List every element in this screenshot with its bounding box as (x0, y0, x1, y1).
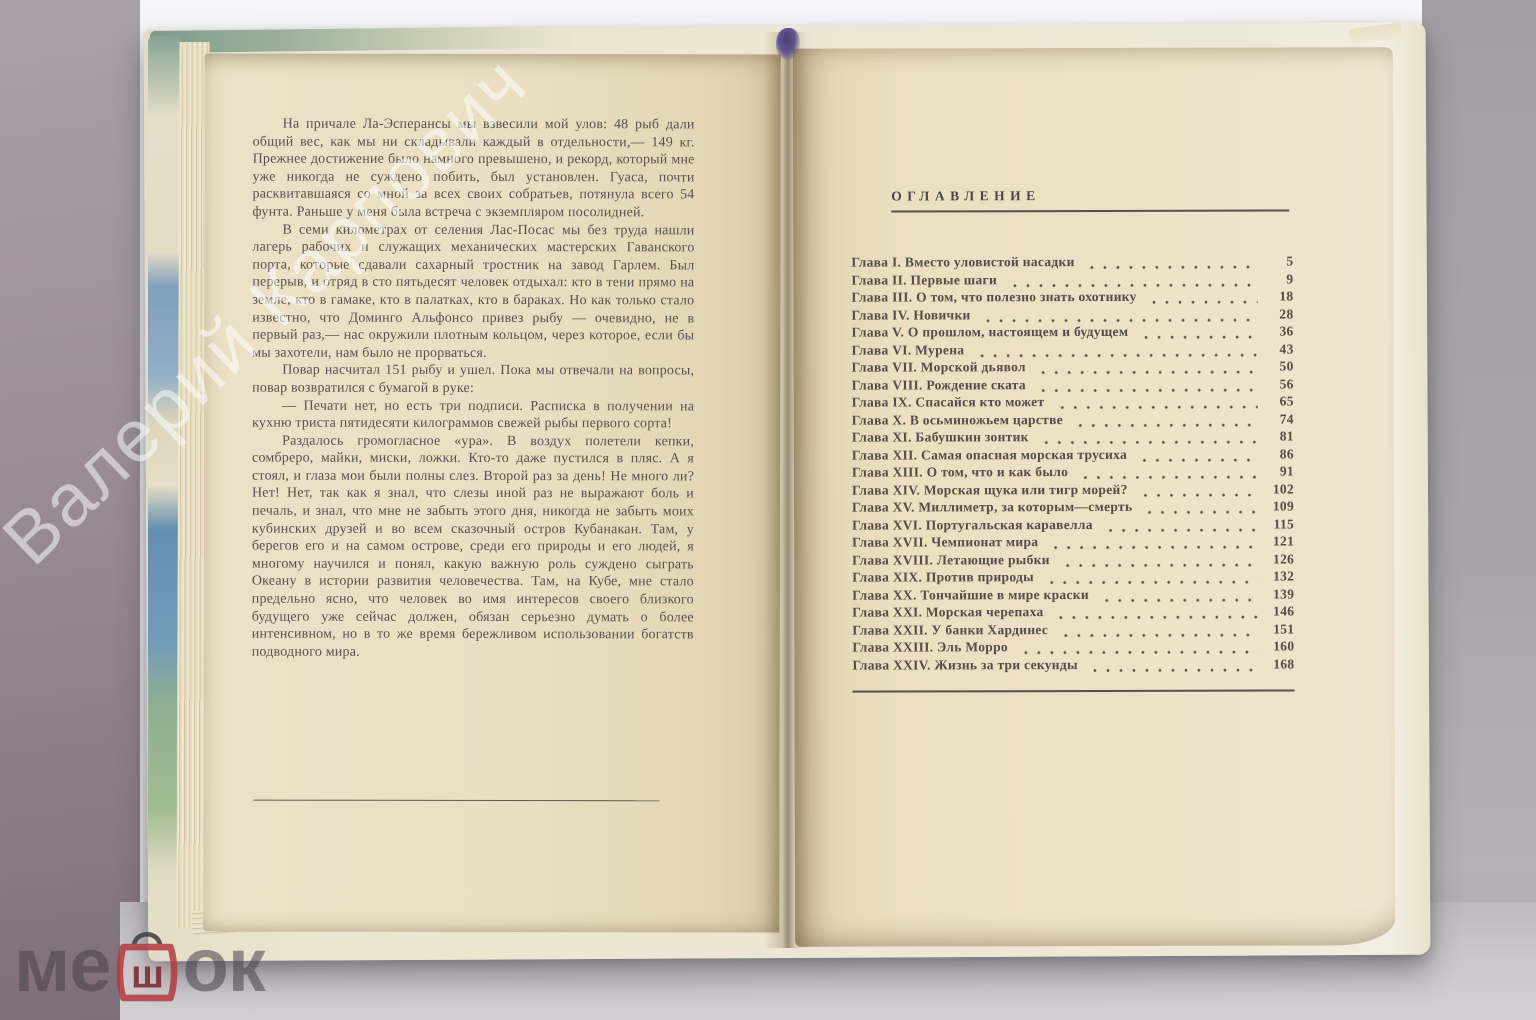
toc-entry-page: 65 (1262, 393, 1294, 409)
toc-entry-label: Глава XXII. У банки Хардинес (852, 622, 1048, 639)
toc-entry-page: 151 (1262, 621, 1294, 637)
dot-leader (1038, 429, 1258, 447)
toc-entry-label: Глава VIII. Рождение ската (852, 377, 1026, 393)
toc-entry: Глава XI. Бабушкин зонтик 81 (852, 428, 1294, 447)
toc-entry: Глава XV. Миллиметр, за которым—смерть 1… (852, 498, 1294, 517)
toc-entry-label: Глава X. В осьминожьем царстве (852, 412, 1063, 429)
background-left-panel (0, 0, 140, 1020)
footnote-divider (253, 800, 659, 802)
toc-entry-label: Глава XXIII. Эль Морро (852, 639, 1008, 655)
toc-title: ОГЛАВЛЕНИЕ (891, 188, 1040, 204)
toc-entry-page: 139 (1262, 586, 1294, 602)
toc-entry-page: 115 (1262, 516, 1294, 532)
toc-entry-page: 18 (1261, 288, 1293, 304)
dot-leader (1136, 446, 1258, 464)
dot-leader (1141, 499, 1258, 517)
dot-leader (1035, 376, 1258, 394)
toc-entry-page: 5 (1261, 253, 1293, 269)
left-page-text: На причале Ла-Эсперансы мы взвесили мой … (252, 116, 695, 662)
page-gutter-shadow (764, 32, 810, 948)
table-of-contents: ОГЛАВЛЕНИЕ Глава I. Вместо уловистой нас… (851, 47, 1295, 946)
toc-title-rule (891, 209, 1289, 212)
toc-entry-label: Глава III. О том, что полезно знать охот… (851, 289, 1136, 306)
toc-entry-page: 109 (1262, 498, 1294, 514)
toc-entry-label: Глава II. Первые шаги (851, 272, 997, 288)
toc-entry-label: Глава XX. Тончайшие в мире краски (852, 587, 1089, 604)
dot-leader (1035, 359, 1258, 377)
toc-entry-label: Глава IX. Спасайся кто может (852, 394, 1045, 411)
dot-leader (1053, 394, 1257, 412)
toc-entry: Глава VII. Морской дьявол 50 (852, 358, 1294, 377)
toc-entry-page: 91 (1262, 463, 1294, 479)
book-photo-scene: На причале Ла-Эсперансы мы взвесили мой … (0, 0, 1536, 1020)
toc-entry-label: Глава XXI. Морская черепаха (852, 604, 1043, 621)
body-paragraph: Повар насчитал 151 рыбу и ушел. Пока мы … (252, 362, 694, 398)
toc-entry: Глава XXII. У банки Хардинес 151 (852, 621, 1294, 640)
toc-entry-page: 28 (1262, 306, 1294, 322)
dot-leader (1084, 254, 1258, 272)
dot-leader (1043, 569, 1258, 587)
toc-entry: Глава XVIII. Летающие рыбки 126 (852, 551, 1294, 570)
toc-entry-label: Глава XIV. Морская щука или тигр морей? (852, 481, 1128, 498)
left-page: На причале Ла-Эсперансы мы взвесили мой … (203, 53, 781, 932)
dot-leader (1102, 516, 1258, 534)
toc-entry: Глава IV. Новички 28 (852, 306, 1294, 325)
dot-leader (1047, 534, 1258, 552)
toc-entry-label: Глава XIX. Против природы (852, 569, 1034, 585)
toc-entry: Глава XX. Тончайшие в мире краски 139 (852, 586, 1294, 605)
toc-entry-page: 168 (1262, 656, 1294, 672)
toc-entry: Глава I. Вместо уловистой насадки 5 (851, 253, 1293, 272)
background-right-panel (1422, 0, 1536, 1020)
toc-entry-page: 132 (1262, 568, 1294, 584)
toc-entry-page: 86 (1262, 446, 1294, 462)
body-paragraph: — Печати нет, но есть три подписи. Распи… (252, 397, 694, 433)
toc-entry: Глава XIV. Морская щука или тигр морей? … (852, 481, 1294, 500)
toc-entry-label: Глава XXIV. Жизнь за три секунды (852, 657, 1077, 674)
dot-leader (1137, 324, 1257, 342)
open-book: На причале Ла-Эсперансы мы взвесили мой … (146, 26, 1428, 958)
toc-entry-label: Глава VI. Мурена (852, 342, 965, 358)
toc-entry-page: 126 (1262, 551, 1294, 567)
toc-bottom-rule (853, 689, 1295, 692)
toc-entry: Глава XXI. Морская черепаха 146 (852, 603, 1294, 622)
cover-art-edge (148, 36, 180, 934)
toc-entry-page: 43 (1262, 341, 1294, 357)
dot-leader (1137, 481, 1258, 499)
toc-entry: Глава VIII. Рождение ската 56 (852, 376, 1294, 395)
toc-entry: Глава XXIII. Эль Морро 160 (852, 638, 1294, 657)
toc-entry-label: Глава XVIII. Летающие рыбки (852, 552, 1050, 569)
toc-entry: Глава V. О прошлом, настоящем и будущем … (852, 323, 1294, 342)
toc-entry: Глава VI. Мурена 43 (852, 341, 1294, 360)
dot-leader (1052, 604, 1258, 622)
toc-entry-label: Глава XVII. Чемпионат мира (852, 534, 1038, 550)
body-paragraph: В семи километрах от селения Лас-Посас м… (252, 221, 694, 363)
toc-entry: Глава XVI. Португальская каравелла 115 (852, 516, 1294, 535)
toc-entry: Глава IX. Спасайся кто может 65 (852, 393, 1294, 412)
dot-leader (1072, 411, 1258, 429)
toc-entry-page: 74 (1262, 411, 1294, 427)
toc-entry-label: Глава XV. Миллиметр, за которым—смерть (852, 499, 1132, 516)
toc-entry: Глава XIX. Против природы 132 (852, 568, 1294, 587)
toc-entry-label: Глава V. О прошлом, настоящем и будущем (852, 324, 1129, 341)
toc-entry-page: 9 (1261, 271, 1293, 287)
body-paragraph: На причале Ла-Эсперансы мы взвесили мой … (252, 116, 694, 222)
toc-entry-label: Глава I. Вместо уловистой насадки (851, 254, 1074, 271)
toc-entry: Глава III. О том, что полезно знать охот… (851, 288, 1293, 307)
dot-leader (1006, 271, 1257, 289)
dot-leader (1098, 586, 1258, 604)
toc-entry: Глава II. Первые шаги 9 (851, 271, 1293, 290)
toc-entry-label: Глава XII. Самая опасная морская трусиха (852, 446, 1127, 463)
body-paragraph: Раздалось громогласное «ура». В воздух п… (252, 432, 694, 661)
toc-entry-label: Глава XVI. Португальская каравелла (852, 517, 1093, 534)
toc-entry: Глава XIII. О том, что и как было 91 (852, 463, 1294, 482)
toc-entry-page: 160 (1262, 638, 1294, 654)
toc-entry: Глава XXIV. Жизнь за три секунды 168 (852, 656, 1294, 675)
toc-entry-page: 36 (1262, 323, 1294, 339)
toc-entry-label: Глава XI. Бабушкин зонтик (852, 429, 1029, 445)
toc-entry-label: Глава VII. Морской дьявол (852, 359, 1026, 375)
toc-entry: Глава XII. Самая опасная морская трусиха… (852, 446, 1294, 465)
dot-leader (1077, 464, 1258, 482)
toc-entry-page: 146 (1262, 603, 1294, 619)
dot-leader (1146, 289, 1258, 307)
toc-entry-page: 56 (1262, 376, 1294, 392)
dot-leader (1057, 621, 1258, 639)
toc-entry: Глава XVII. Чемпионат мира 121 (852, 533, 1294, 552)
toc-entry-page: 81 (1262, 428, 1294, 444)
toc-entry: Глава X. В осьминожьем царстве 74 (852, 411, 1294, 430)
toc-entry-page: 50 (1262, 358, 1294, 374)
dot-leader (1087, 656, 1259, 674)
toc-entry-page: 102 (1262, 481, 1294, 497)
dot-leader (1059, 551, 1258, 569)
toc-entry-page: 121 (1262, 533, 1294, 549)
toc-list: Глава I. Вместо уловистой насадки 5 Глав… (851, 253, 1294, 674)
toc-entry-label: Глава IV. Новички (852, 307, 971, 323)
dot-leader (980, 306, 1258, 324)
dot-leader (973, 341, 1257, 359)
right-page: ОГЛАВЛЕНИЕ Глава I. Вместо уловистой нас… (793, 47, 1395, 947)
toc-entry-label: Глава XIII. О том, что и как было (852, 464, 1068, 481)
dot-leader (1017, 639, 1258, 657)
